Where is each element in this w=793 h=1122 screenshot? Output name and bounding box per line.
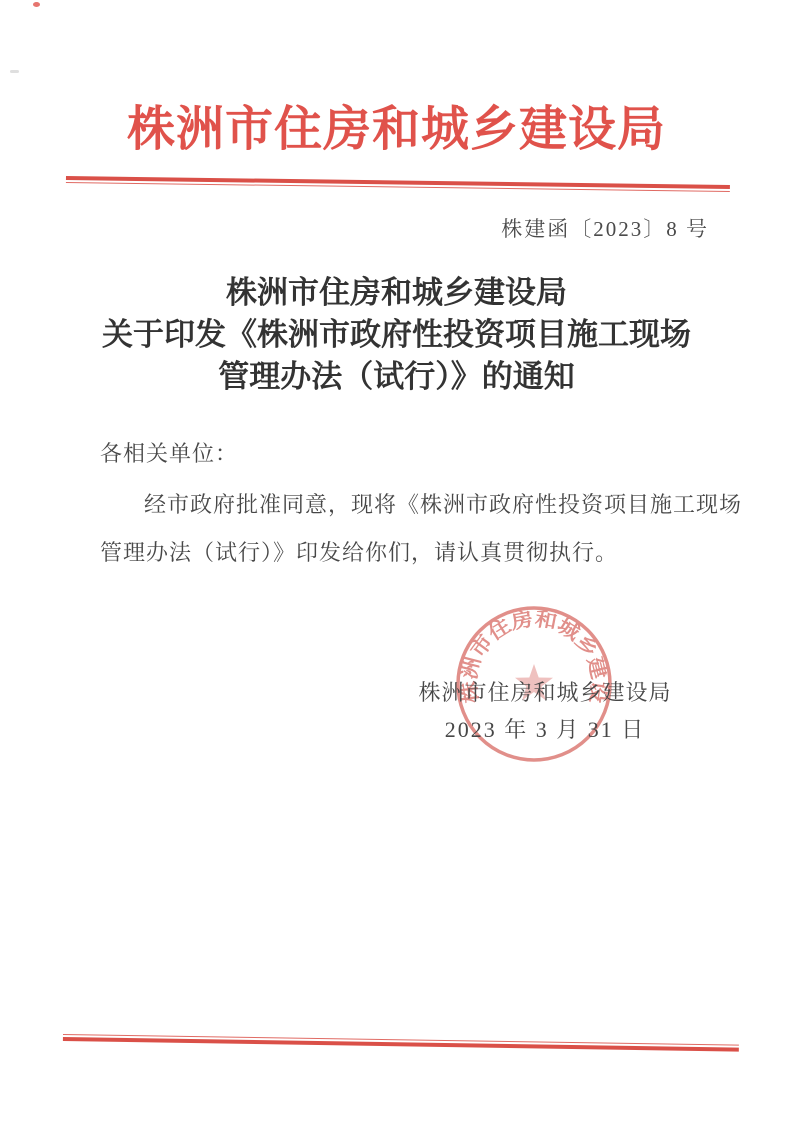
document-title: 株洲市住房和城乡建设局 关于印发《株洲市政府性投资项目施工现场 管理办法（试行）… — [0, 272, 793, 398]
letterhead-agency-name: 株洲市住房和城乡建设局 — [0, 90, 793, 159]
body-line-2: 管理办法（试行）》印发给你们，请认真贯彻执行。 — [100, 529, 706, 577]
title-line-1: 株洲市住房和城乡建设局 — [0, 272, 793, 314]
header-divider-rule — [66, 176, 730, 192]
body-line-1: 经市政府批准同意，现将《株洲市政府性投资项目施工现场 — [100, 481, 706, 529]
footer-divider-rule — [63, 1034, 739, 1052]
document-page: 株洲市住房和城乡建设局 株建函〔2023〕8 号 株洲市住房和城乡建设局 关于印… — [0, 0, 793, 1122]
salutation: 各相关单位： — [100, 438, 706, 470]
scan-smudge — [10, 70, 19, 73]
signing-date: 2023 年 3 月 31 日 — [390, 713, 700, 747]
scan-speck — [33, 2, 40, 7]
document-body: 各相关单位： 经市政府批准同意，现将《株洲市政府性投资项目施工现场 管理办法（试… — [100, 438, 706, 577]
body-paragraph: 经市政府批准同意，现将《株洲市政府性投资项目施工现场 管理办法（试行）》印发给你… — [100, 481, 706, 577]
title-line-3: 管理办法（试行）》的通知 — [0, 356, 793, 398]
title-line-2: 关于印发《株洲市政府性投资项目施工现场 — [0, 314, 793, 356]
signing-agency: 株洲市住房和城乡建设局 — [390, 676, 700, 710]
signature-block: 株洲市住房和城乡建设局 2023 年 3 月 31 日 — [390, 676, 700, 747]
document-number: 株建函〔2023〕8 号 — [501, 213, 709, 243]
